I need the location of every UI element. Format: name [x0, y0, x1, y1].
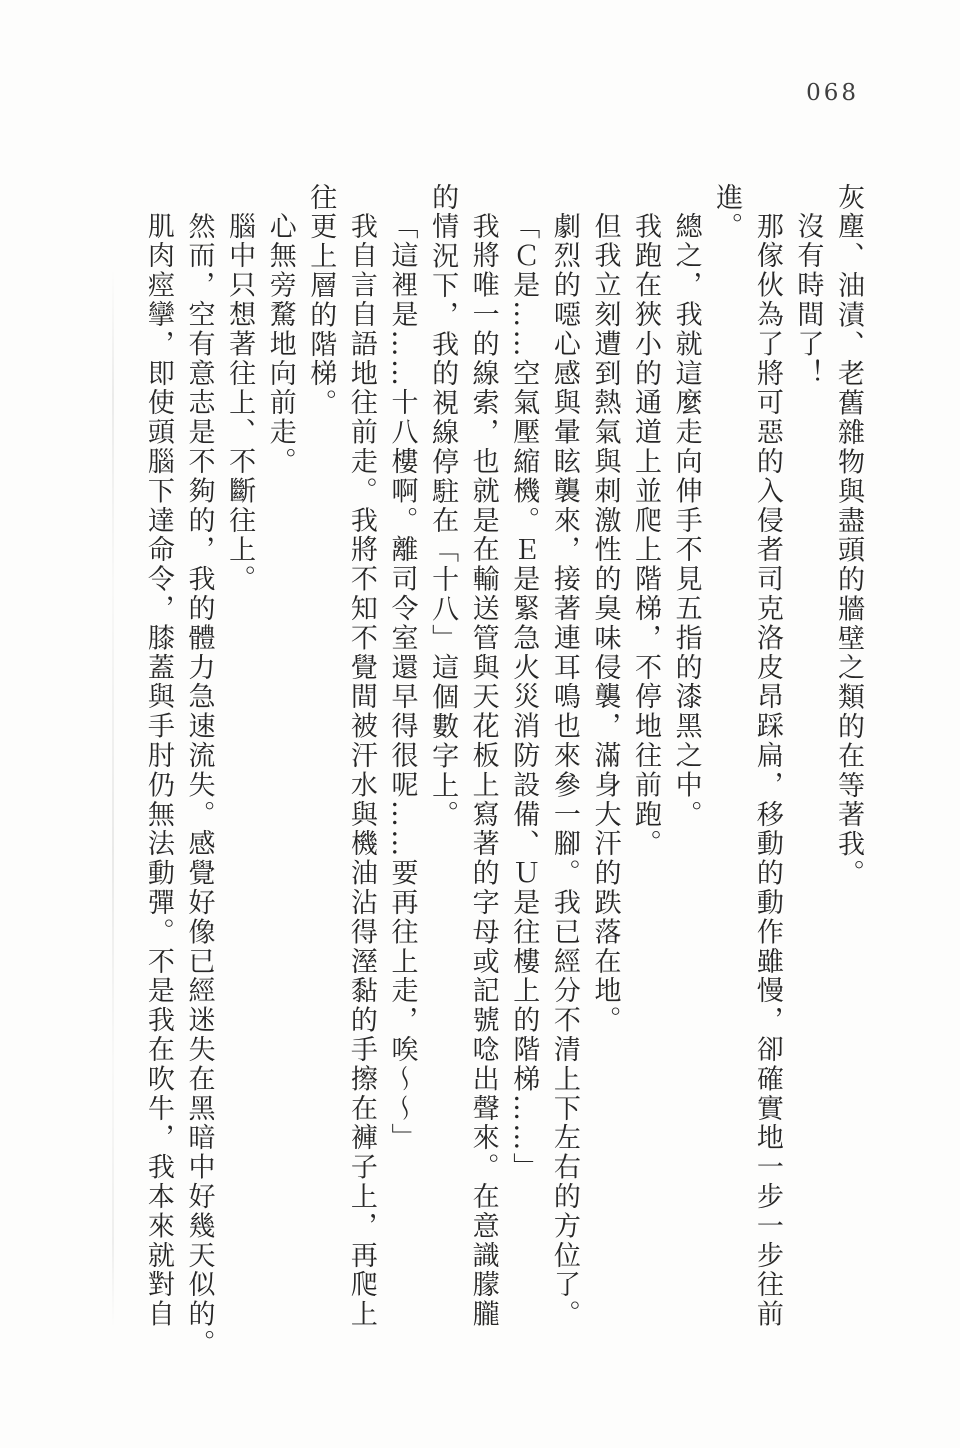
text-column: 灰塵、油漬、老舊雜物與盡頭的牆壁之類的在等著我。 [827, 183, 868, 1413]
scan-artifact [112, 268, 114, 1328]
text-column: 然而，空有意志是不夠的，我的體力急速流失。感覺好像已經迷失在黑暗中好幾天似的。 [178, 183, 219, 1413]
text-column: 的情況下，我的視線停駐在「十八」這個數字上。 [421, 183, 462, 1413]
text-column: 往更上層的階梯。 [300, 183, 341, 1413]
text-column: 那傢伙為了將可惡的入侵者司克洛皮昂踩扁，移動的動作雖慢，卻確實地一步一步往前 [746, 183, 787, 1413]
text-column: 肌肉痙攣，即使頭腦下達命令，膝蓋與手肘仍無法動彈。不是我在吹牛，我本來就對自 [137, 183, 178, 1413]
text-column: 心無旁騖地向前走。 [259, 183, 300, 1413]
body-text: 灰塵、油漬、老舊雜物與盡頭的牆壁之類的在等著我。沒有時間了！那傢伙為了將可惡的入… [132, 183, 868, 1413]
text-column: 「這裡是……十八樓啊。離司令室還早得很呢……要再往上走，唉～～」 [381, 183, 422, 1413]
text-column: 我跑在狹小的通道上並爬上階梯，不停地往前跑。 [624, 183, 665, 1413]
page-number: 068 [806, 80, 859, 106]
text-column: 劇烈的噁心感與暈眩襲來，接著連耳鳴也來參一腳。我已經分不清上下左右的方位了。 [543, 183, 584, 1413]
text-column: 總之，我就這麼走向伸手不見五指的漆黑之中。 [665, 183, 706, 1413]
text-column: 我自言自語地往前走。我將不知不覺間被汗水與機油沾得溼黏的手擦在褲子上，再爬上 [340, 183, 381, 1413]
text-column: 沒有時間了！ [787, 183, 828, 1413]
text-column: 但我立刻遭到熱氣與刺激性的臭味侵襲，滿身大汗的跌落在地。 [584, 183, 625, 1413]
text-column: 我將唯一的線索，也就是在輸送管與天花板上寫著的字母或記號唸出聲來。在意識朦朧 [462, 183, 503, 1413]
text-column: 腦中只想著往上、不斷往上。 [219, 183, 260, 1413]
text-column: 進。 [706, 183, 747, 1413]
book-page: 068 灰塵、油漬、老舊雜物與盡頭的牆壁之類的在等著我。沒有時間了！那傢伙為了將… [0, 0, 960, 1448]
text-column: 「Ｃ是……空氣壓縮機。Ｅ是緊急火災消防設備、Ｕ是往樓上的階梯……」 [503, 183, 544, 1413]
